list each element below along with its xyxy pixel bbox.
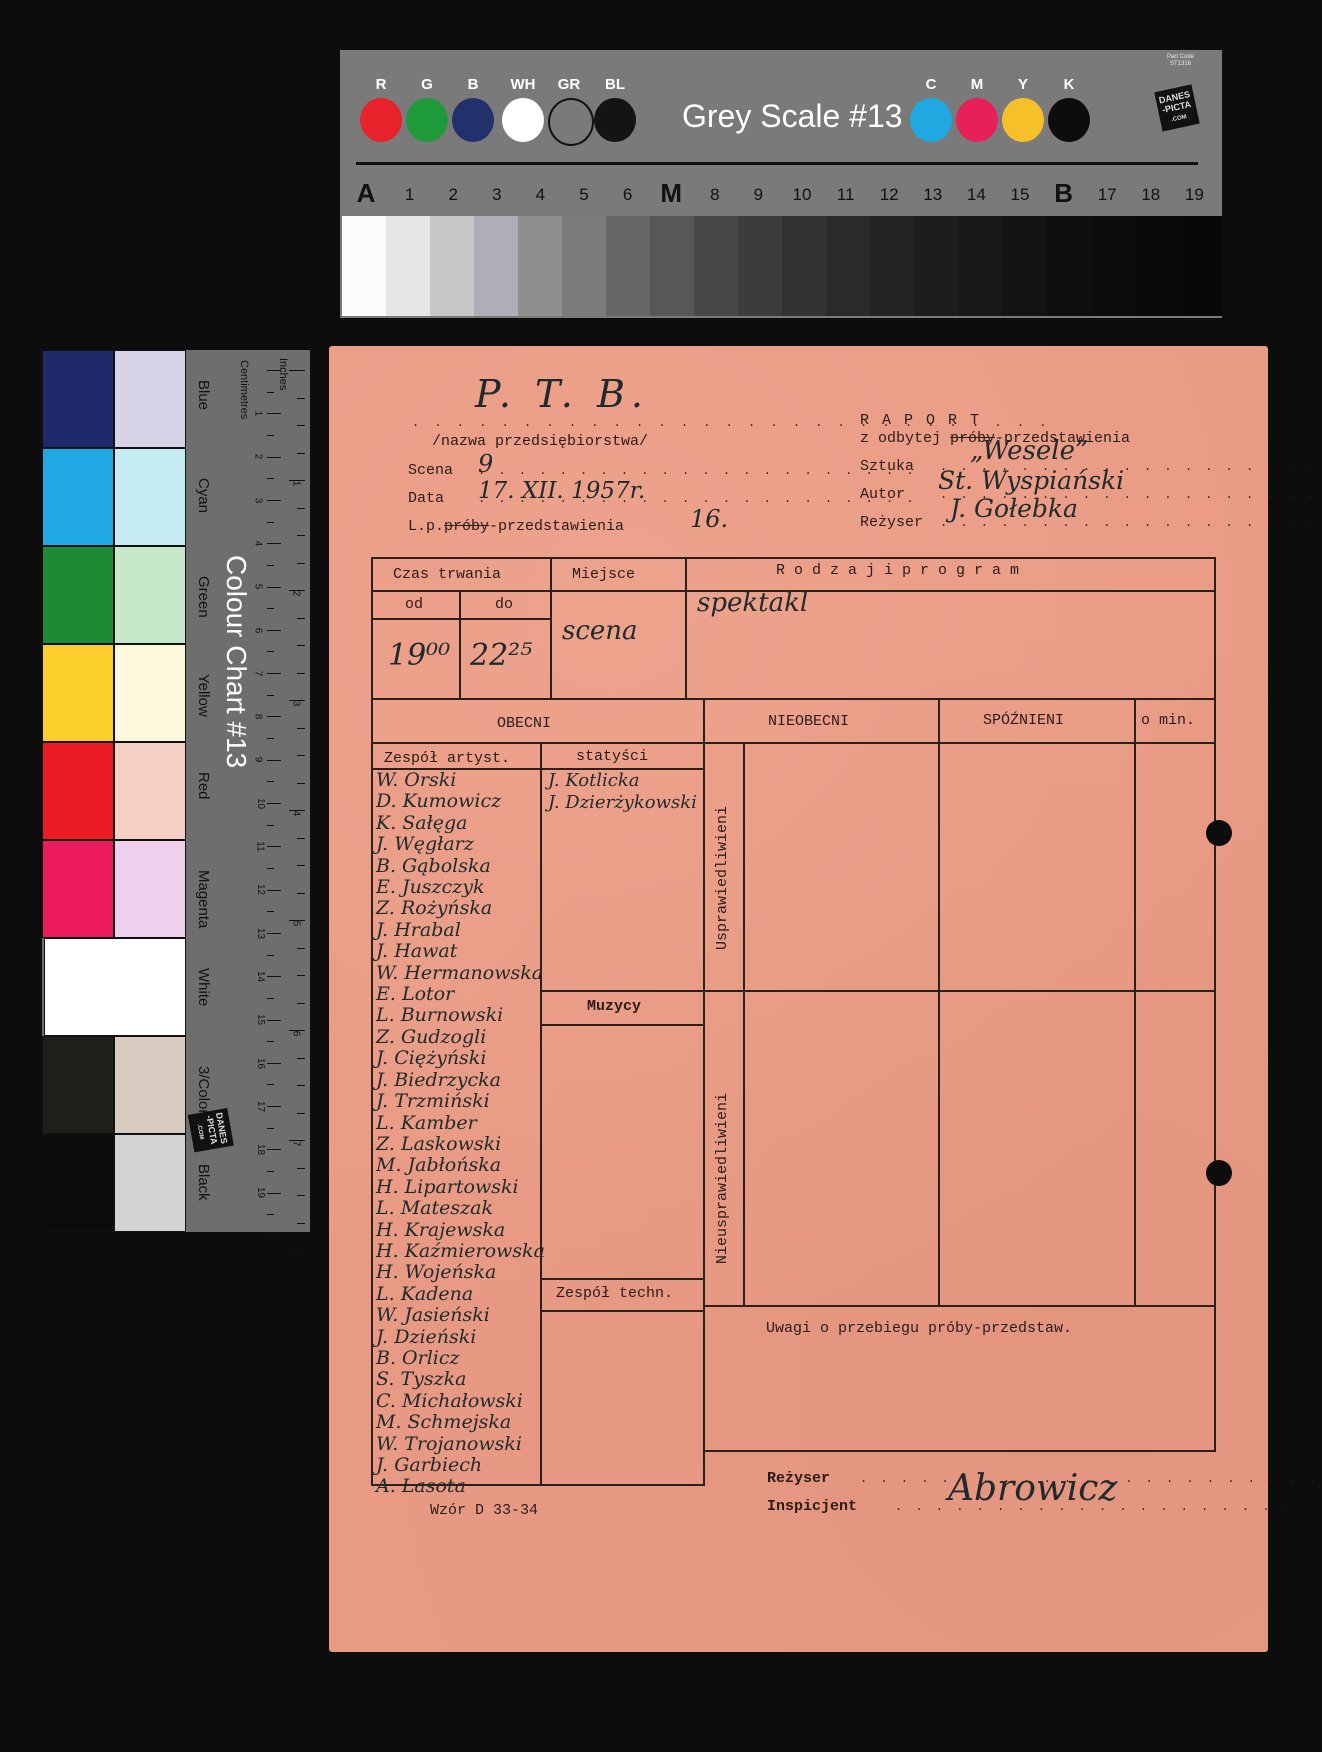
scale-label: 18 — [1141, 185, 1160, 205]
swatch-yellow-dark — [42, 644, 114, 742]
cm-tick: 19 — [255, 1187, 266, 1198]
inch-tick: 5 — [290, 921, 301, 927]
cast-member: B. Orlicz — [376, 1348, 545, 1369]
color-dot-c — [910, 98, 952, 142]
colour-label-cyan: Cyan — [195, 478, 212, 513]
sztuka-label: Sztuka — [860, 458, 914, 475]
inch-tick: 3 — [290, 701, 301, 707]
scale-label: 3 — [492, 185, 501, 205]
cm-tick: 14 — [255, 971, 266, 982]
grey-patch — [1002, 216, 1046, 316]
cast-member: Z. Rożyńska — [376, 898, 545, 919]
dot-label-g: G — [406, 76, 448, 93]
divider — [356, 162, 1198, 165]
cast-member: E. Juszczyk — [376, 877, 545, 898]
o-min-header: o min. — [1141, 712, 1195, 729]
inspicjent-signature: Abrowicz — [948, 1468, 1117, 1509]
nieusprawiedliwieni-label: Nieusprawiedliwieni — [714, 1093, 731, 1264]
scale-label: 1 — [405, 185, 414, 205]
swatch-red-dark — [42, 742, 114, 840]
colour-label-blue: Blue — [195, 380, 212, 410]
cm-tick: 10 — [255, 798, 266, 809]
inch-tick: 8 — [290, 1251, 301, 1257]
cast-member: H. Lipartowski — [376, 1177, 545, 1198]
colour-chart-title: Colour Chart #13 — [220, 555, 252, 768]
color-dot-r — [360, 98, 402, 142]
sztuka-value: „Wesele” — [970, 436, 1088, 466]
cm-tick: 1 — [252, 411, 263, 417]
zespol-techn-header: Zespół techn. — [556, 1285, 673, 1302]
punch-hole — [1206, 1160, 1232, 1186]
cast-member: Z. Laskowski — [376, 1134, 545, 1155]
cast-member: J. Garbiech — [376, 1455, 545, 1476]
cm-tick: 5 — [252, 584, 263, 590]
extra-member: J. Dzierżykowski — [548, 792, 697, 814]
cm-tick: 12 — [255, 884, 266, 895]
footer-inspicjent-label: Inspicjent — [767, 1498, 857, 1515]
swatch-cyan-light — [114, 448, 186, 546]
dot-label-c: C — [910, 76, 952, 93]
colour-label-white: White — [195, 968, 212, 1006]
od-header: od — [405, 596, 423, 613]
scale-label: 5 — [579, 185, 588, 205]
cm-tick: 9 — [252, 757, 263, 763]
inch-tick: 4 — [290, 811, 301, 817]
cast-member: J. Hawat — [376, 941, 545, 962]
scale-label: 12 — [880, 185, 899, 205]
cast-member: C. Michałowski — [376, 1391, 545, 1412]
swatch-red-light — [114, 742, 186, 840]
colour-label-yellow: Yellow — [195, 674, 212, 717]
scale-label: 8 — [710, 185, 719, 205]
cm-tick: 17 — [255, 1101, 266, 1112]
usprawiedliwieni-label: Usprawiedliwieni — [714, 806, 731, 950]
grey-patch — [870, 216, 914, 316]
danes-picta-logo-2: DANES-PICTA.COM — [188, 1108, 234, 1152]
cast-member: J. Dzieński — [376, 1327, 545, 1348]
cast-member: K. Sałęga — [376, 813, 545, 834]
colour-label-3/color: 3/Color — [195, 1066, 212, 1114]
scale-label: 15 — [1011, 185, 1030, 205]
grey-patch — [914, 216, 958, 316]
swatch-black-dark — [42, 1134, 114, 1232]
inch-tick: 2 — [290, 591, 301, 597]
color-dot-bl — [594, 98, 636, 142]
scale-label: 6 — [623, 185, 632, 205]
cast-member: L. Kadena — [376, 1284, 545, 1305]
inch-tick: 6 — [290, 1031, 301, 1037]
cast-member: W. Orski — [376, 770, 545, 791]
grey-patch — [342, 216, 386, 316]
centimetres-label: Centimetres — [238, 360, 250, 419]
scale-label: A — [357, 178, 376, 209]
grey-patch — [738, 216, 782, 316]
cast-member: D. Kumowicz — [376, 791, 545, 812]
cast-member: J. Trzmiński — [376, 1091, 545, 1112]
scena-label: Scena — [408, 462, 453, 479]
autor-label: Autor — [860, 486, 905, 503]
swatch-black-light — [114, 1134, 186, 1232]
scale-label: 4 — [536, 185, 545, 205]
scale-label: 2 — [448, 185, 457, 205]
color-dot-y — [1002, 98, 1044, 142]
swatch-green-dark — [42, 546, 114, 644]
cm-tick: 11 — [255, 841, 266, 851]
cm-tick: 15 — [255, 1014, 266, 1025]
color-dot-g — [406, 98, 448, 142]
inch-tick: 1 — [290, 481, 301, 487]
rezyser-label: Reżyser — [860, 514, 923, 531]
dot-label-y: Y — [1002, 76, 1044, 93]
rodzaj-value: spektakl — [697, 588, 808, 618]
grey-patch — [606, 216, 650, 316]
form-template-number: Wzór D 33-34 — [430, 1502, 538, 1519]
cast-member: M. Jabłońska — [376, 1155, 545, 1176]
dotted-line: . . . . . . . . . . . . . . . . . . . . … — [478, 464, 917, 478]
lp-value: 16. — [690, 505, 728, 533]
scale-label: 19 — [1185, 185, 1204, 205]
miejsce-value: scena — [562, 616, 638, 646]
colour-label-magenta: Magenta — [195, 870, 212, 928]
cm-tick: 13 — [255, 928, 266, 939]
color-dot-b — [452, 98, 494, 142]
grey-patch — [650, 216, 694, 316]
swatch-3/color-dark — [42, 1036, 114, 1134]
cast-member: L. Burnowski — [376, 1005, 545, 1026]
color-dot-m — [956, 98, 998, 142]
statysci-list: J. KotlickaJ. Dzierżykowski — [548, 770, 697, 814]
inch-tick: 7 — [290, 1141, 301, 1147]
dot-label-b: B — [452, 76, 494, 93]
swatch-green-light — [114, 546, 186, 644]
dot-label-k: K — [1048, 76, 1090, 93]
rezyser-value: J. Gołebka — [950, 494, 1078, 523]
swatch-magenta-dark — [42, 840, 114, 938]
color-dot-gr — [548, 98, 594, 146]
rodzaj-program-header: R o d z a j i p r o g r a m — [776, 562, 1019, 579]
swatch-blue-light — [114, 350, 186, 448]
data-label: Data — [408, 490, 444, 507]
swatch-yellow-light — [114, 644, 186, 742]
cm-tick: 16 — [255, 1057, 266, 1068]
zespol-artyst-list: W. OrskiD. KumowiczK. SałęgaJ. WęgłarzB.… — [376, 770, 545, 1498]
spoznieni-header: SPÓŹNIENI — [983, 712, 1064, 729]
cast-member: J. Ciężyński — [376, 1048, 545, 1069]
cast-member: S. Tyszka — [376, 1369, 545, 1390]
cast-member: L. Mateszak — [376, 1198, 545, 1219]
colour-chart-card: Colour Chart #13 Centimetres Inches 1234… — [42, 350, 310, 1232]
cm-tick: 6 — [252, 627, 263, 633]
scale-label: 17 — [1098, 185, 1117, 205]
color-dot-wh — [502, 98, 544, 142]
cast-member: J. Hrabal — [376, 920, 545, 941]
cast-member: M. Schmejska — [376, 1412, 545, 1433]
cast-member: H. Wojeńska — [376, 1262, 545, 1283]
footer-rezyser-label: Reżyser — [767, 1470, 830, 1487]
cast-member: J. Biedrzycka — [376, 1070, 545, 1091]
dot-label-wh: WH — [502, 76, 544, 93]
grey-patch — [1090, 216, 1134, 316]
od-value: 19⁰⁰ — [388, 638, 450, 673]
cast-member: W. Trojanowski — [376, 1434, 545, 1455]
dot-label-r: R — [360, 76, 402, 93]
grey-patch — [694, 216, 738, 316]
cast-member: H. Krajewska — [376, 1220, 545, 1241]
cast-member: W. Jasieński — [376, 1305, 545, 1326]
colour-label-green: Green — [195, 576, 212, 618]
scale-label: 14 — [967, 185, 986, 205]
statysci-header: statyści — [576, 748, 648, 765]
grey-patch — [958, 216, 1002, 316]
scale-label: 9 — [754, 185, 763, 205]
cm-tick: 4 — [252, 541, 263, 547]
swatch-white — [44, 938, 186, 1036]
punch-hole — [1206, 820, 1232, 846]
grey-patch — [474, 216, 518, 316]
extra-member: J. Kotlicka — [548, 770, 697, 792]
do-value: 22²⁵ — [470, 638, 532, 673]
grey-patch — [1046, 216, 1090, 316]
scale-label: M — [660, 178, 682, 209]
grey-patch — [430, 216, 474, 316]
danes-picta-logo: DANES-PICTA.COM — [1155, 85, 1200, 132]
cast-member: W. Hermanowska — [376, 963, 545, 984]
colour-label-black: Black — [195, 1164, 212, 1201]
swatch-3/color-light — [114, 1036, 186, 1134]
color-dot-k — [1048, 98, 1090, 142]
colour-label-red: Red — [195, 772, 212, 800]
cast-member: E. Lotor — [376, 984, 545, 1005]
swatch-magenta-light — [114, 840, 186, 938]
grey-scale-title: Grey Scale #13 — [682, 98, 903, 135]
grey-patch — [518, 216, 562, 316]
lp-label: L.p.próby-przedstawienia — [408, 518, 624, 535]
dot-label-gr: GR — [548, 76, 590, 93]
cast-member: H. Kaźmierowska — [376, 1241, 545, 1262]
cm-tick: 18 — [255, 1144, 266, 1155]
dot-label-m: M — [956, 76, 998, 93]
cast-member: J. Węgłarz — [376, 834, 545, 855]
grey-patch — [562, 216, 606, 316]
report-title: R A P O R T — [860, 412, 981, 429]
cm-tick: 7 — [252, 671, 263, 677]
dot-label-bl: BL — [594, 76, 636, 93]
do-header: do — [495, 596, 513, 613]
grey-patch-strip — [342, 216, 1222, 316]
uwagi-label: Uwagi o przebiegu próby-przedstaw. — [766, 1320, 1072, 1337]
part-code: Part CodeST1316 — [1167, 54, 1194, 68]
miejsce-header: Miejsce — [572, 566, 635, 583]
cast-member: Z. Gudzogli — [376, 1027, 545, 1048]
cast-member: A. Lasota — [376, 1476, 545, 1497]
grey-scale-card: Part CodeST1316 RGBWHGRBLCMYK Grey Scale… — [340, 50, 1222, 318]
grey-patch — [1178, 216, 1222, 316]
muzycy-header: Muzycy — [587, 998, 641, 1015]
grey-patch — [826, 216, 870, 316]
grey-patch — [386, 216, 430, 316]
scale-label: 10 — [793, 185, 812, 205]
dotted-line: . . . . . . . . . . . . . . . . . . . . … — [478, 492, 917, 506]
scale-label: 11 — [837, 185, 855, 205]
nieobecni-header: NIEOBECNI — [768, 713, 849, 730]
czas-trwania-header: Czas trwania — [393, 566, 501, 583]
grey-patch — [782, 216, 826, 316]
grey-patch — [1134, 216, 1178, 316]
swatch-cyan-dark — [42, 448, 114, 546]
scale-label: 13 — [923, 185, 942, 205]
company-caption: /nazwa przedsiębiorstwa/ — [432, 433, 648, 450]
cast-member: B. Gąbolska — [376, 856, 545, 877]
swatch-blue-dark — [42, 350, 114, 448]
obecni-header: OBECNI — [497, 715, 551, 732]
zespol-artyst-header: Zespół artyst. — [384, 750, 510, 767]
cm-tick: 3 — [252, 497, 263, 503]
ruler: 1234567891011121314151617181912345678 — [267, 350, 307, 1232]
cm-tick: 8 — [252, 714, 263, 720]
autor-value: St. Wyspiański — [938, 466, 1124, 495]
scale-label: B — [1054, 178, 1073, 209]
company-handwritten: P. T. B. — [475, 372, 649, 416]
cast-member: L. Kamber — [376, 1113, 545, 1134]
cm-tick: 2 — [252, 454, 263, 460]
